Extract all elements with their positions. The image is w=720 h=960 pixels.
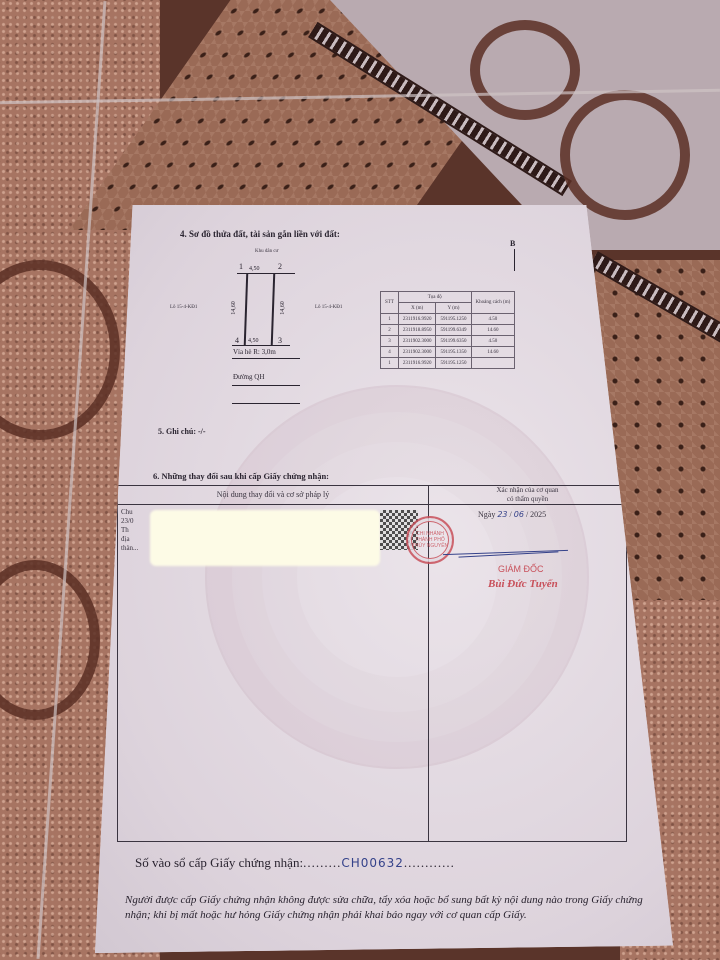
plot-left-edge [244,273,248,345]
coord-cell-stt: 4 [381,347,399,358]
authority-header-line1: Xác nhận của cơ quan [496,486,558,494]
coord-cell-y: 591199.6350 [436,336,471,347]
left-neighbor-label: Lô 15-4-KĐ1 [170,305,197,310]
road-line [232,385,300,386]
authority-confirmation-header: Xác nhận của cơ quan có thẩm quyền [429,486,626,505]
right-neighbor-label: Lô 15-4-KĐ1 [315,305,342,310]
change-line: thàn... [121,544,138,553]
top-length: 4,50 [249,266,260,272]
change-line: 23/0 [121,517,138,526]
confirmation-date: Ngày 23 / 06 / 2025 [478,510,546,519]
coord-row: 12311916.9920591195.1250 [381,358,515,369]
coord-cell-y: 591195.1250 [436,314,471,325]
point-4: 4 [235,336,239,345]
coord-cell-y: 591195.1350 [436,347,471,358]
right-length: 14,60 [280,301,286,315]
coord-cell-stt: 1 [381,314,399,325]
road-name: Đường QH [233,373,264,381]
section-5-note: 5. Ghi chú: -/- [158,427,206,436]
coord-cell-length: 14.60 [471,325,515,336]
road-width-label: Vỉa hè R: 3,0m [233,348,276,356]
change-line: địa [121,535,138,544]
warning-notice: Người được cấp Giấy chứng nhận không đượ… [125,893,665,923]
official-red-stamp: CHI NHÁNH THÀNH PHỐ THỦY NGUYÊN [406,516,454,564]
signer-name: Bùi Đức Tuyến [488,578,558,590]
change-line: Th [121,526,138,535]
bottom-length: 4,50 [248,338,259,344]
coord-cell-stt: 3 [381,336,399,347]
coord-cell-stt: 2 [381,325,399,336]
coord-cell-x: 2311916.9920 [398,314,436,325]
change-entry-text: Chu 23/0 Th địa thàn... [121,508,138,553]
changes-table: Nội dung thay đổi và cơ sở pháp lý Xác n… [117,485,627,842]
coord-cell-length: 4.50 [471,336,515,347]
coord-cell-x: 2311918.8950 [398,325,436,336]
col-coord: Tọa độ [398,292,471,303]
date-day: 23 [497,510,507,519]
authority-header-line2: có thẩm quyền [507,495,548,503]
north-arrow-label: B [510,239,515,248]
floral-swirl [470,20,580,120]
land-certificate-page: 4. Sơ đồ thửa đất, tài sản gắn liền với … [95,205,673,953]
date-prefix: Ngày [478,510,495,519]
col-y: Y (m) [436,303,471,314]
coordinate-table: STT Tọa độ Khoảng cách (m) X (m) Y (m) 1… [380,291,515,369]
coord-cell-length: 14.60 [471,347,515,358]
registry-label: Số vào sổ cấp Giấy chứng nhận: [135,855,303,870]
col-length: Khoảng cách (m) [471,292,515,314]
stamp-line: THỦY NGUYÊN [408,543,452,549]
section-6-title: 6. Những thay đổi sau khi cấp Giấy chứng… [153,471,329,481]
point-2: 2 [278,262,282,271]
section-4-title: 4. Sơ đồ thửa đất, tài sản gắn liền với … [180,229,340,239]
coord-cell-y: 591195.1250 [436,358,471,369]
left-length: 14,60 [231,301,237,315]
coord-cell-x: 2311902.3000 [398,347,436,358]
coord-cell-y: 591199.6349 [436,325,471,336]
coord-cell-stt: 1 [381,358,399,369]
col-x: X (m) [398,303,436,314]
coord-cell-x: 2311916.9920 [398,358,436,369]
plot-right-edge [271,273,275,345]
registry-number: CH00632 [341,856,404,870]
point-1: 1 [239,262,243,271]
registry-number-line: Số vào sổ cấp Giấy chứng nhận:.........C… [135,855,455,871]
coord-row: 22311918.8950591199.634914.60 [381,325,515,336]
coord-row: 12311916.9920591195.12504.50 [381,314,515,325]
coord-cell-x: 2311902.3000 [398,336,436,347]
coord-row: 42311902.3000591195.135014.60 [381,347,515,358]
point-3: 3 [278,336,282,345]
road-line [232,358,300,359]
signer-title: GIÁM ĐỐC [498,564,544,574]
date-year: 2025 [530,510,546,519]
north-arrow-icon [514,249,515,271]
col-stt: STT [381,292,399,314]
changes-content-header: Nội dung thay đổi và cơ sở pháp lý [118,486,429,505]
change-line: Chu [121,508,138,517]
redaction-overlay [150,510,380,566]
plot-bottom-edge [232,345,290,346]
floral-swirl [560,90,690,220]
sketch-top-label: Khu dân cư [255,249,278,254]
coord-row: 32311902.3000591199.63504.50 [381,336,515,347]
road-line [232,403,300,404]
date-month: 06 [514,510,524,519]
coord-cell-length [471,358,515,369]
coord-cell-length: 4.50 [471,314,515,325]
